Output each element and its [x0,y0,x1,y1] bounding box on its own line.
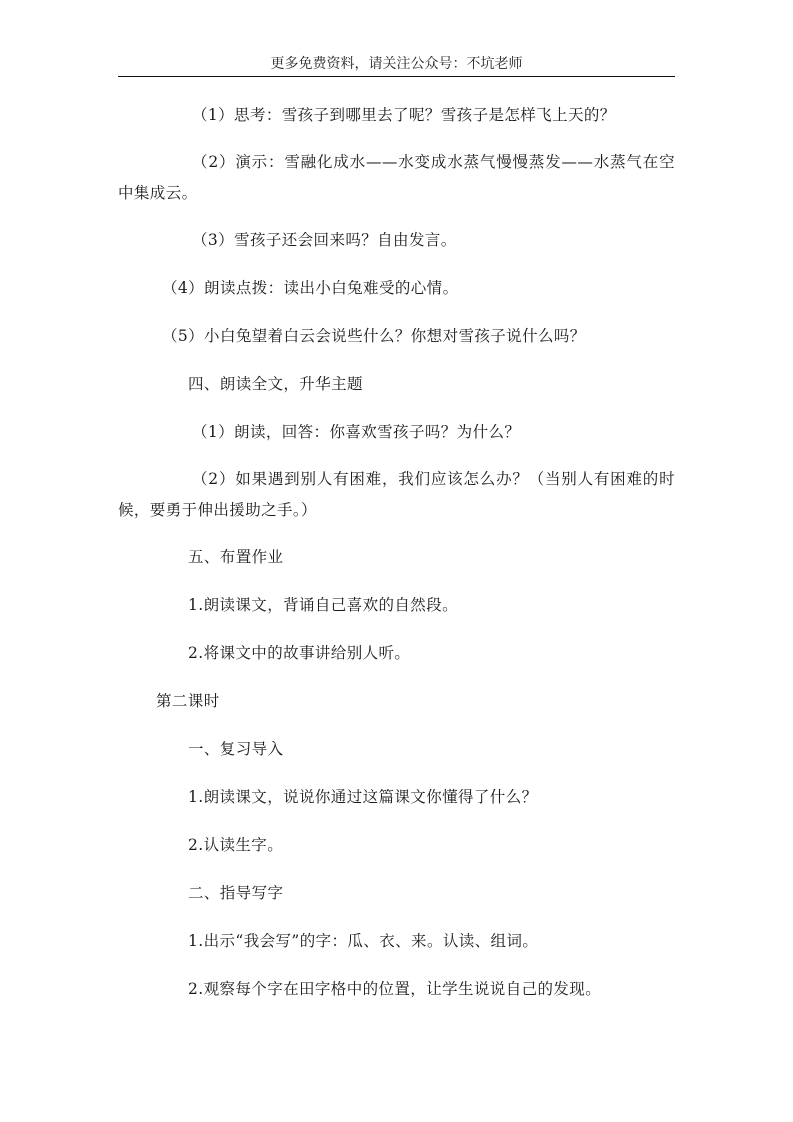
lesson2-section-heading-2: 二、指导写字 [188,883,283,903]
paragraph-think: （1）思考：雪孩子到哪里去了呢？雪孩子是怎样飞上天的？ [192,105,616,125]
section-heading-5: 五、布置作业 [188,547,283,567]
paragraph-reading-guide: （4）朗读点拨：读出小白兔难受的心情。 [162,278,458,298]
section4-item-1: （1）朗读，回答：你喜欢雪孩子吗？为什么？ [192,422,520,442]
paragraph-rabbit-question: （5）小白兔望着白云会说些什么？你想对雪孩子说什么吗？ [162,326,586,346]
lesson2-section2-item-1: 1.出示“我会写”的字：瓜、衣、来。认读、组词。 [188,931,538,951]
lesson2-section-heading-1: 一、复习导入 [188,739,283,759]
section5-item-2: 2.将课文中的故事讲给别人听。 [188,643,410,663]
paragraph-will-return: （3）雪孩子还会回来吗？自由发言。 [192,230,457,250]
document-page: 更多免费资料，请关注公众号：不坑老师 （1）思考：雪孩子到哪里去了呢？雪孩子是怎… [0,0,793,1122]
lesson2-section1-item-1: 1.朗读课文，说说你通过这篇课文你懂得了什么？ [188,787,538,807]
paragraph-demo: （2）演示：雪融化成水——水变成水蒸气慢慢蒸发——水蒸气在空中集成云。 [118,147,675,209]
lesson2-section2-item-2: 2.观察每个字在田字格中的位置，让学生说说自己的发现。 [188,979,601,999]
header-divider [118,76,675,77]
page-header: 更多免费资料，请关注公众号：不坑老师 [118,54,675,74]
lesson2-section1-item-2: 2.认读生字。 [188,835,283,855]
lesson-2-heading: 第二课时 [156,691,220,711]
section5-item-1: 1.朗读课文，背诵自己喜欢的自然段。 [188,595,458,615]
section-heading-4: 四、朗读全文，升华主题 [188,374,363,394]
section4-item-2: （2）如果遇到别人有困难，我们应该怎么办？（当别人有困难的时候，要勇于伸出援助之… [118,464,675,526]
